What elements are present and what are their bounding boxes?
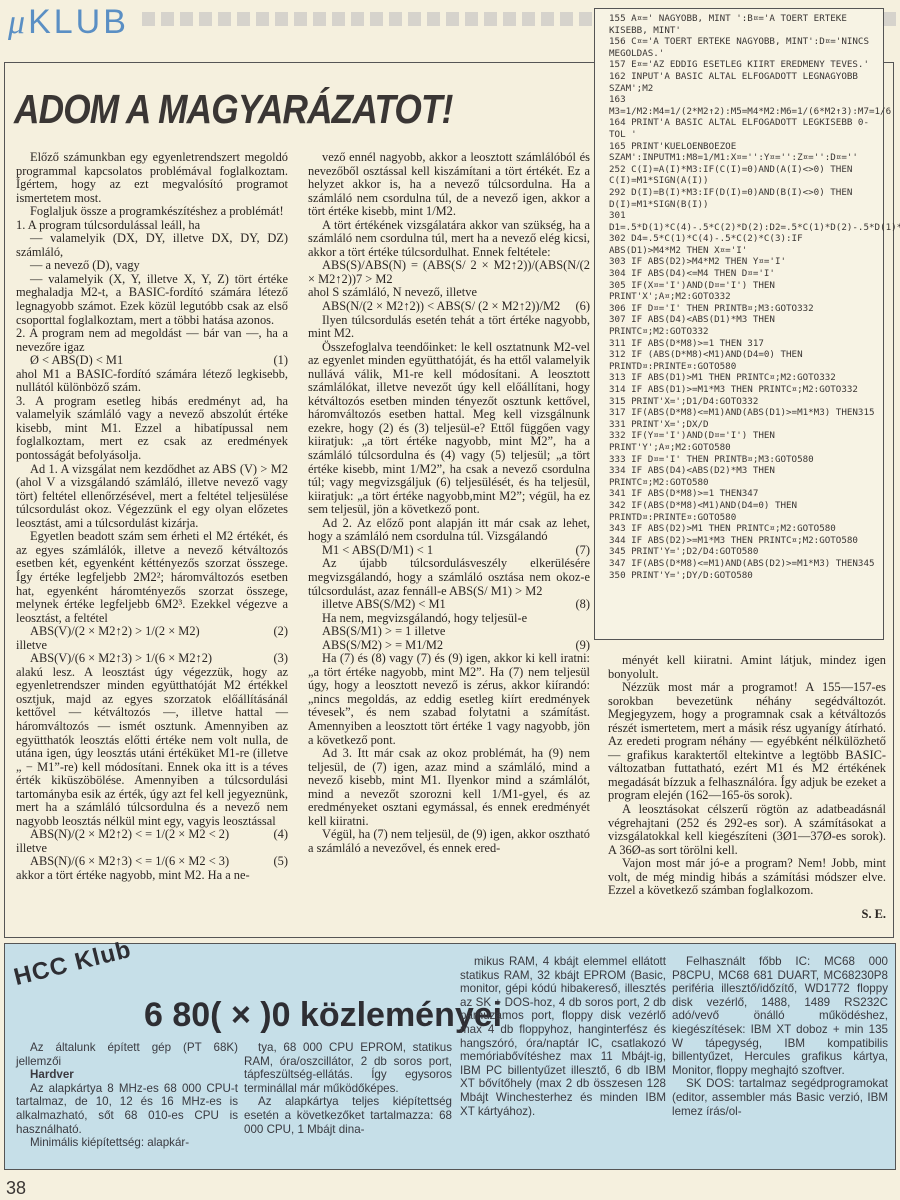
paragraph: ményét kell kiiratni. Amint látjuk, mind… — [608, 654, 886, 681]
paragraph: — valamelyik (X, Y, illetve X, Y, Z) tör… — [16, 273, 288, 327]
paragraph: alakú lesz. A leosztást úgy végezzük, ho… — [16, 666, 288, 829]
formula-text: ABS(S)/ABS(N) = (ABS(S/ 2 × M2↑2))/(ABS(… — [308, 259, 590, 286]
equation-number: (4) — [260, 828, 288, 842]
paragraph: A leosztásokat célszerű rögtön az adatbe… — [608, 803, 886, 857]
paragraph: Ha (7) és (8) vagy (7) és (9) igen, akko… — [308, 652, 590, 747]
paragraph: 1. A program túlcsordulással leáll, ha — [16, 219, 288, 233]
paragraph: SK DOS: tartalmaz segédprogramokat (edit… — [672, 1077, 888, 1118]
paragraph: Ad 2. Az előző pont alapján itt már csak… — [308, 517, 590, 544]
paragraph: Ad 1. A vizsgálat nem kezdődhet az ABS (… — [16, 463, 288, 531]
equation-number: (9) — [562, 639, 590, 653]
hardware-heading: Hardver — [16, 1068, 238, 1082]
paragraph: — a nevező (D), vagy — [16, 259, 288, 273]
section-title: μKLUB — [8, 2, 129, 43]
paragraph: Ha nem, megvizsgálandó, hogy teljesül-e — [308, 612, 590, 626]
equation-number: (5) — [260, 855, 288, 869]
column-3-text: ményét kell kiiratni. Amint látjuk, mind… — [608, 654, 886, 898]
code-listing: 155 A¤=' NAGYOBB, MINT ':B¤='A TOERT ERT… — [594, 8, 884, 640]
formula-text: M1 < ABS(D/M1) < 1 — [308, 544, 433, 558]
paragraph: Felhasznált főbb IC: MC68 000 P8CPU, MC6… — [672, 955, 888, 1077]
hcc-column-2: tya, 68 000 CPU EPROM, statikus RAM, óra… — [244, 1041, 452, 1136]
article-column-2: vező ennél nagyobb, akkor a leosztott sz… — [308, 151, 590, 855]
paragraph: Minimális kiépítettség: alapkár- — [16, 1136, 238, 1150]
formula-text: ABS(V)/(2 × M2↑2) > 1/(2 × M2) — [16, 625, 200, 639]
equation-number: (1) — [260, 354, 288, 368]
paragraph: A tört értékének vizsgálatára akkor van … — [308, 219, 590, 260]
paragraph: Összefoglalva teendőinket: le kell oszta… — [308, 341, 590, 517]
formula: ABS(S)/ABS(N) = (ABS(S/ 2 × M2↑2))/(ABS(… — [308, 259, 590, 286]
paragraph: akkor a tört értéke nagyobb, mint M2. Ha… — [16, 869, 288, 883]
equation-number: (6) — [562, 300, 590, 314]
paragraph: — valamelyik (DX, DY, illetve DX, DY, DZ… — [16, 232, 288, 259]
paragraph: mikus RAM, 4 kbájt elemmel ellátott stat… — [460, 955, 666, 1118]
paragraph: Vajon most már jó-e a program? Nem! Jobb… — [608, 857, 886, 898]
hcc-intro: Az általunk épített gép (PT 68K) jellemz… — [16, 1041, 238, 1068]
formula-text: ABS(N)/(2 × M2↑2) < = 1/(2 × M2 < 2) — [16, 828, 229, 842]
paragraph: Az alapkártya teljes kiépítettség esetén… — [244, 1095, 452, 1136]
article-column-3: ményét kell kiiratni. Amint látjuk, mind… — [608, 654, 886, 921]
paragraph: illetve — [16, 639, 288, 653]
equation-number: (8) — [562, 598, 590, 612]
formula: M1 < ABS(D/M1) < 1(7) — [308, 544, 590, 558]
formula-text: ABS(S/M1) > = 1 illetve — [308, 625, 445, 639]
formula-text: ABS(N)/(6 × M2↑3) < = 1/(6 × M2 < 3) — [16, 855, 229, 869]
paragraph: 3. A program esetleg hibás eredményt ad,… — [16, 395, 288, 463]
formula: ABS(S/M2) > = M1/M2(9) — [308, 639, 590, 653]
paragraph: Ilyen túlcsordulás esetén tehát a tört é… — [308, 314, 590, 341]
paragraph: 2. A program nem ad megoldást — bár van … — [16, 327, 288, 354]
hcc-column-3: mikus RAM, 4 kbájt elemmel ellátott stat… — [460, 955, 666, 1118]
equation-number: (7) — [562, 544, 590, 558]
paragraph: illetve — [16, 842, 288, 856]
paragraph: Az alapkártya 8 MHz-es 68 000 CPU-t tart… — [16, 1082, 238, 1136]
article-headline: ADOM A MAGYARÁZATOT! — [14, 86, 453, 133]
formula: Ø < ABS(D) < M1(1) — [16, 354, 288, 368]
paragraph: Végül, ha (7) nem teljesül, de (9) igen,… — [308, 828, 590, 855]
formula-text: Ø < ABS(D) < M1 — [16, 354, 123, 368]
hcc-column-1: Az általunk épített gép (PT 68K) jellemz… — [16, 1041, 238, 1150]
paragraph: ahol S számláló, N nevező, illetve — [308, 286, 590, 300]
paragraph: Az újabb túlcsordulásveszély elkerülésér… — [308, 557, 590, 598]
formula-text: ABS(S/M2) > = M1/M2 — [308, 639, 443, 653]
formula: ABS(V)/(6 × M2↑3) > 1/(6 × M2↑2)(3) — [16, 652, 288, 666]
formula: illetve ABS(S/M2) < M1(8) — [308, 598, 590, 612]
paragraph: Előző számunkban egy egyenletrendszert m… — [16, 151, 288, 205]
paragraph: vező ennél nagyobb, akkor a leosztott sz… — [308, 151, 590, 219]
formula-text: illetve ABS(S/M2) < M1 — [308, 598, 446, 612]
paragraph: Egyetlen beadott szám sem érheti el M2 é… — [16, 530, 288, 625]
page-number: 38 — [6, 1178, 26, 1199]
paragraph: tya, 68 000 CPU EPROM, statikus RAM, óra… — [244, 1041, 452, 1095]
equation-number: (3) — [260, 652, 288, 666]
formula: ABS(S/M1) > = 1 illetve — [308, 625, 590, 639]
paragraph: Ad 3. Itt már csak az okoz problémát, ha… — [308, 747, 590, 828]
paragraph: Foglaljuk össze a programkészítéshez a p… — [16, 205, 288, 219]
formula-text: ABS(N/(2 × M2↑2)) < ABS(S/ (2 × M2↑2))/M… — [308, 300, 560, 314]
paragraph: ahol M1 a BASIC-fordító számára létező l… — [16, 368, 288, 395]
hcc-box-title: 6 80( × )0 közleményei — [144, 996, 502, 1035]
article-column-1: Előző számunkban egy egyenletrendszert m… — [16, 151, 288, 883]
equation-number: (2) — [260, 625, 288, 639]
formula: ABS(V)/(2 × M2↑2) > 1/(2 × M2)(2) — [16, 625, 288, 639]
paragraph: Nézzük most már a programot! A 155—157-e… — [608, 681, 886, 803]
author-signature: S. E. — [608, 908, 886, 922]
formula-text: ABS(V)/(6 × M2↑3) > 1/(6 × M2↑2) — [16, 652, 212, 666]
formula: ABS(N)/(6 × M2↑3) < = 1/(6 × M2 < 3)(5) — [16, 855, 288, 869]
formula: ABS(N/(2 × M2↑2)) < ABS(S/ (2 × M2↑2))/M… — [308, 300, 590, 314]
hcc-column-4: Felhasznált főbb IC: MC68 000 P8CPU, MC6… — [672, 955, 888, 1118]
formula: ABS(N)/(2 × M2↑2) < = 1/(2 × M2 < 2)(4) — [16, 828, 288, 842]
